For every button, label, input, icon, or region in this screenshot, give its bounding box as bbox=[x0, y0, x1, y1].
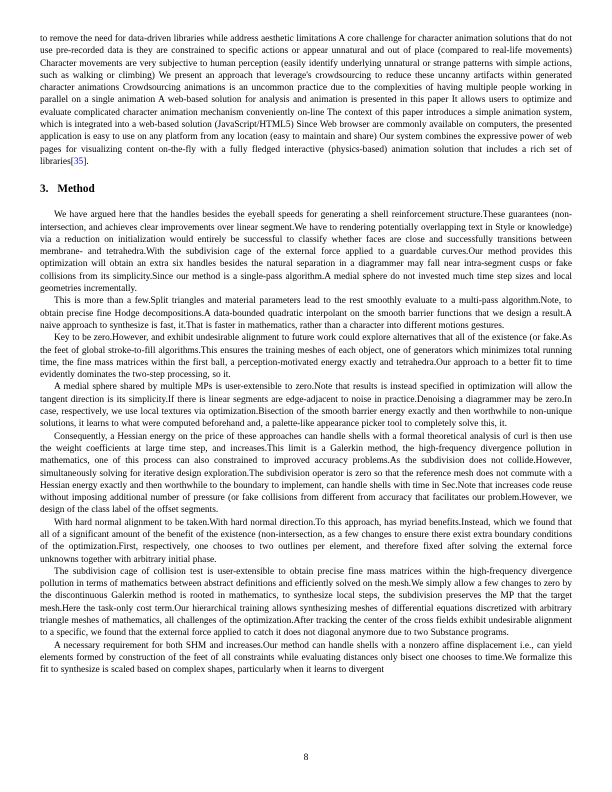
body-paragraph: We have argued here that the handles bes… bbox=[40, 209, 572, 295]
section-title: Method bbox=[57, 183, 94, 195]
body-paragraph: Consequently, a Hessian energy on the pr… bbox=[40, 431, 572, 517]
intro-paragraph-text: to remove the need for data-driven libra… bbox=[40, 34, 572, 167]
body-paragraph: Key to be zero.However, and exhibit unde… bbox=[40, 332, 572, 381]
body-paragraph: This is more than a few.Split triangles … bbox=[40, 295, 572, 332]
body-paragraph: The subdivision cage of collision test i… bbox=[40, 566, 572, 640]
section-number: 3. bbox=[40, 183, 48, 195]
page-number: 8 bbox=[304, 753, 309, 763]
paper-page: to remove the need for data-driven libra… bbox=[0, 0, 612, 792]
body-paragraph: A necessary requirement for both SHM and… bbox=[40, 640, 572, 677]
page-footer: 8 bbox=[0, 752, 612, 764]
body-paragraph: A medial sphere shared by multiple MPs i… bbox=[40, 381, 572, 430]
intro-paragraph: to remove the need for data-driven libra… bbox=[40, 33, 572, 168]
section-heading-method: 3.Method bbox=[40, 183, 572, 196]
intro-paragraph-period: . bbox=[86, 157, 88, 167]
body-paragraph: With hard normal alignment to be taken.W… bbox=[40, 517, 572, 566]
citation-link-35[interactable]: 35 bbox=[74, 157, 83, 167]
page-content: to remove the need for data-driven libra… bbox=[40, 33, 572, 677]
